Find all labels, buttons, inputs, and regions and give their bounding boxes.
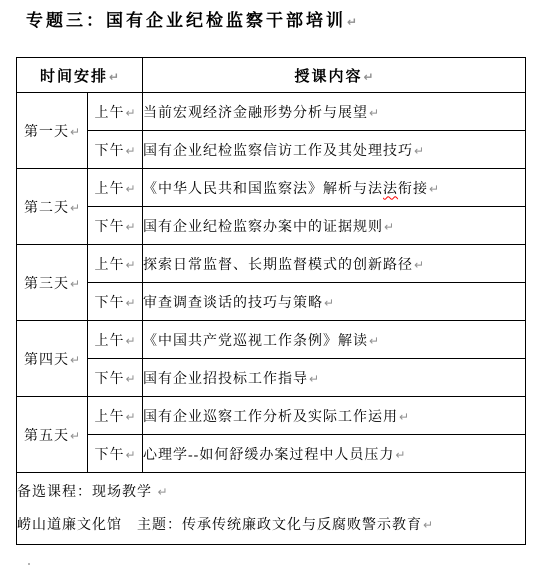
time-cell: 上午↵ [88, 321, 143, 359]
return-mark-icon: ↵ [70, 125, 80, 139]
return-mark-icon: ↵ [309, 372, 319, 386]
return-mark-icon: ↵ [125, 372, 135, 386]
time-cell: 上午↵ [88, 245, 143, 283]
content-cell: 《中国共产党巡视工作条例》解读↵ [143, 321, 526, 359]
time-label: 下午 [94, 448, 124, 463]
return-mark-icon: ↵ [399, 410, 409, 424]
return-mark-icon: ↵ [347, 15, 357, 29]
time-cell: 下午↵ [88, 131, 143, 169]
return-mark-icon: ↵ [70, 353, 80, 367]
course-title: 审查调查谈话的技巧与策略 [143, 296, 323, 311]
time-cell: 下午↵ [88, 435, 143, 473]
day-cell: 第五天↵ [17, 397, 88, 473]
course-title: 国有企业巡察工作分析及实际工作运用 [143, 410, 398, 425]
return-mark-icon: ↵ [125, 448, 135, 462]
header-content-cell: 授课内容↵ [143, 58, 526, 93]
day-label: 第五天 [24, 429, 69, 444]
alternate-course-line: 备选课程：现场教学 ↵ [17, 476, 525, 509]
training-schedule-table: 时间安排↵ 授课内容↵ 第一天↵ 上午↵ 当前宏观经济金融形势分析与展望↵ 下午… [16, 57, 526, 545]
return-mark-icon: ↵ [125, 258, 135, 272]
table-row: 下午↵ 国有企业招投标工作指导↵ [17, 359, 526, 397]
header-time-cell: 时间安排↵ [17, 58, 143, 93]
return-mark-icon: ↵ [363, 70, 373, 84]
return-mark-icon: ↵ [125, 296, 135, 310]
return-mark-icon: ↵ [125, 144, 135, 158]
content-cell: 《中华人民共和国监察法》解析与法法衔接↵ [143, 169, 526, 207]
table-row: 第三天↵ 上午↵ 探索日常监督、长期监督模式的创新路径↵ [17, 245, 526, 283]
return-mark-icon: ↵ [395, 448, 405, 462]
table-row: 下午↵ 心理学--如何舒缓办案过程中人员压力↵ [17, 435, 526, 473]
time-label: 下午 [94, 372, 124, 387]
day-label: 第四天 [24, 353, 69, 368]
time-label: 下午 [94, 296, 124, 311]
content-cell: 国有企业纪检监察办案中的证据规则↵ [143, 207, 526, 245]
spellcheck-flagged-text: 法 [383, 182, 398, 197]
return-mark-icon: ↵ [125, 182, 135, 196]
time-label: 上午 [94, 410, 124, 425]
table-row: 下午↵ 审查调查谈话的技巧与策略↵ [17, 283, 526, 321]
content-cell: 国有企业招投标工作指导↵ [143, 359, 526, 397]
content-cell: 心理学--如何舒缓办案过程中人员压力↵ [143, 435, 526, 473]
time-label: 下午 [94, 220, 124, 235]
day-label: 第二天 [24, 201, 69, 216]
day-cell: 第二天↵ [17, 169, 88, 245]
course-title: 国有企业纪检监察信访工作及其处理技巧 [143, 144, 413, 159]
return-mark-icon: ↵ [125, 410, 135, 424]
time-label: 上午 [94, 334, 124, 349]
content-cell: 审查调查谈话的技巧与策略↵ [143, 283, 526, 321]
course-title: 衔接 [398, 182, 428, 197]
return-mark-icon: ↵ [158, 485, 168, 499]
header-time-label: 时间安排 [40, 69, 108, 85]
page-title-text: 专题三：国有企业纪检监察干部培训 [26, 11, 346, 30]
return-mark-icon: ↵ [109, 70, 119, 84]
return-mark-icon: ↵ [70, 429, 80, 443]
return-mark-icon: ↵ [414, 144, 424, 158]
return-mark-icon: ↵ [125, 334, 135, 348]
day-cell: 第一天↵ [17, 93, 88, 169]
course-title: 心理学--如何舒缓办案过程中人员压力 [143, 448, 394, 463]
content-cell: 国有企业巡察工作分析及实际工作运用↵ [143, 397, 526, 435]
content-cell: 国有企业纪检监察信访工作及其处理技巧↵ [143, 131, 526, 169]
return-mark-icon: ↵ [384, 220, 394, 234]
return-mark-icon: ↵ [324, 296, 334, 310]
time-cell: 下午↵ [88, 283, 143, 321]
return-mark-icon: ↵ [70, 277, 80, 291]
table-row: 第二天↵ 上午↵ 《中华人民共和国监察法》解析与法法衔接↵ [17, 169, 526, 207]
return-mark-icon: ↵ [125, 220, 135, 234]
time-cell: 下午↵ [88, 207, 143, 245]
course-title: 国有企业招投标工作指导 [143, 372, 308, 387]
time-label: 下午 [94, 144, 124, 159]
return-mark-icon: ↵ [414, 258, 424, 272]
return-mark-icon: ↵ [70, 201, 80, 215]
course-title: 当前宏观经济金融形势分析与展望 [143, 106, 368, 121]
table-row: 第一天↵ 上午↵ 当前宏观经济金融形势分析与展望↵ [17, 93, 526, 131]
content-cell: 探索日常监督、长期监督模式的创新路径↵ [143, 245, 526, 283]
day-cell: 第三天↵ [17, 245, 88, 321]
time-label: 上午 [94, 106, 124, 121]
venue-theme-line: 崂山道廉文化馆 主题：传承传统廉政文化与反腐败警示教育↵ [17, 509, 525, 542]
time-cell: 下午↵ [88, 359, 143, 397]
footer-cell: 备选课程：现场教学 ↵ 崂山道廉文化馆 主题：传承传统廉政文化与反腐败警示教育↵ [17, 473, 526, 545]
course-title: 国有企业纪检监察办案中的证据规则 [143, 220, 383, 235]
alternate-course-text: 备选课程：现场教学 [17, 485, 157, 500]
return-mark-icon: ↵ [429, 182, 439, 196]
venue-theme-text: 崂山道廉文化馆 主题：传承传统廉政文化与反腐败警示教育 [17, 518, 422, 533]
day-cell: 第四天↵ [17, 321, 88, 397]
return-mark-icon: ↵ [369, 334, 379, 348]
table-header-row: 时间安排↵ 授课内容↵ [17, 58, 526, 93]
day-label: 第三天 [24, 277, 69, 292]
table-row: 下午↵ 国有企业纪检监察办案中的证据规则↵ [17, 207, 526, 245]
return-mark-icon: ↵ [423, 518, 433, 532]
return-mark-icon: ↵ [369, 106, 379, 120]
time-label: 上午 [94, 258, 124, 273]
time-cell: 上午↵ [88, 397, 143, 435]
header-content-label: 授课内容 [294, 69, 362, 85]
course-title: 探索日常监督、长期监督模式的创新路径 [143, 258, 413, 273]
time-cell: 上午↵ [88, 169, 143, 207]
stray-paragraph-mark [28, 563, 30, 565]
time-cell: 上午↵ [88, 93, 143, 131]
course-title: 《中华人民共和国监察法》解析与法 [143, 182, 383, 197]
table-footer-row: 备选课程：现场教学 ↵ 崂山道廉文化馆 主题：传承传统廉政文化与反腐败警示教育↵ [17, 473, 526, 545]
day-label: 第一天 [24, 125, 69, 140]
document-page: 专题三：国有企业纪检监察干部培训↵ 时间安排↵ 授课内容↵ 第一天↵ 上午↵ 当… [0, 0, 538, 569]
content-cell: 当前宏观经济金融形势分析与展望↵ [143, 93, 526, 131]
time-label: 上午 [94, 182, 124, 197]
course-title: 《中国共产党巡视工作条例》解读 [143, 334, 368, 349]
return-mark-icon: ↵ [125, 106, 135, 120]
page-title: 专题三：国有企业纪检监察干部培训↵ [26, 6, 357, 31]
table-row: 第四天↵ 上午↵ 《中国共产党巡视工作条例》解读↵ [17, 321, 526, 359]
table-row: 第五天↵ 上午↵ 国有企业巡察工作分析及实际工作运用↵ [17, 397, 526, 435]
table-row: 下午↵ 国有企业纪检监察信访工作及其处理技巧↵ [17, 131, 526, 169]
